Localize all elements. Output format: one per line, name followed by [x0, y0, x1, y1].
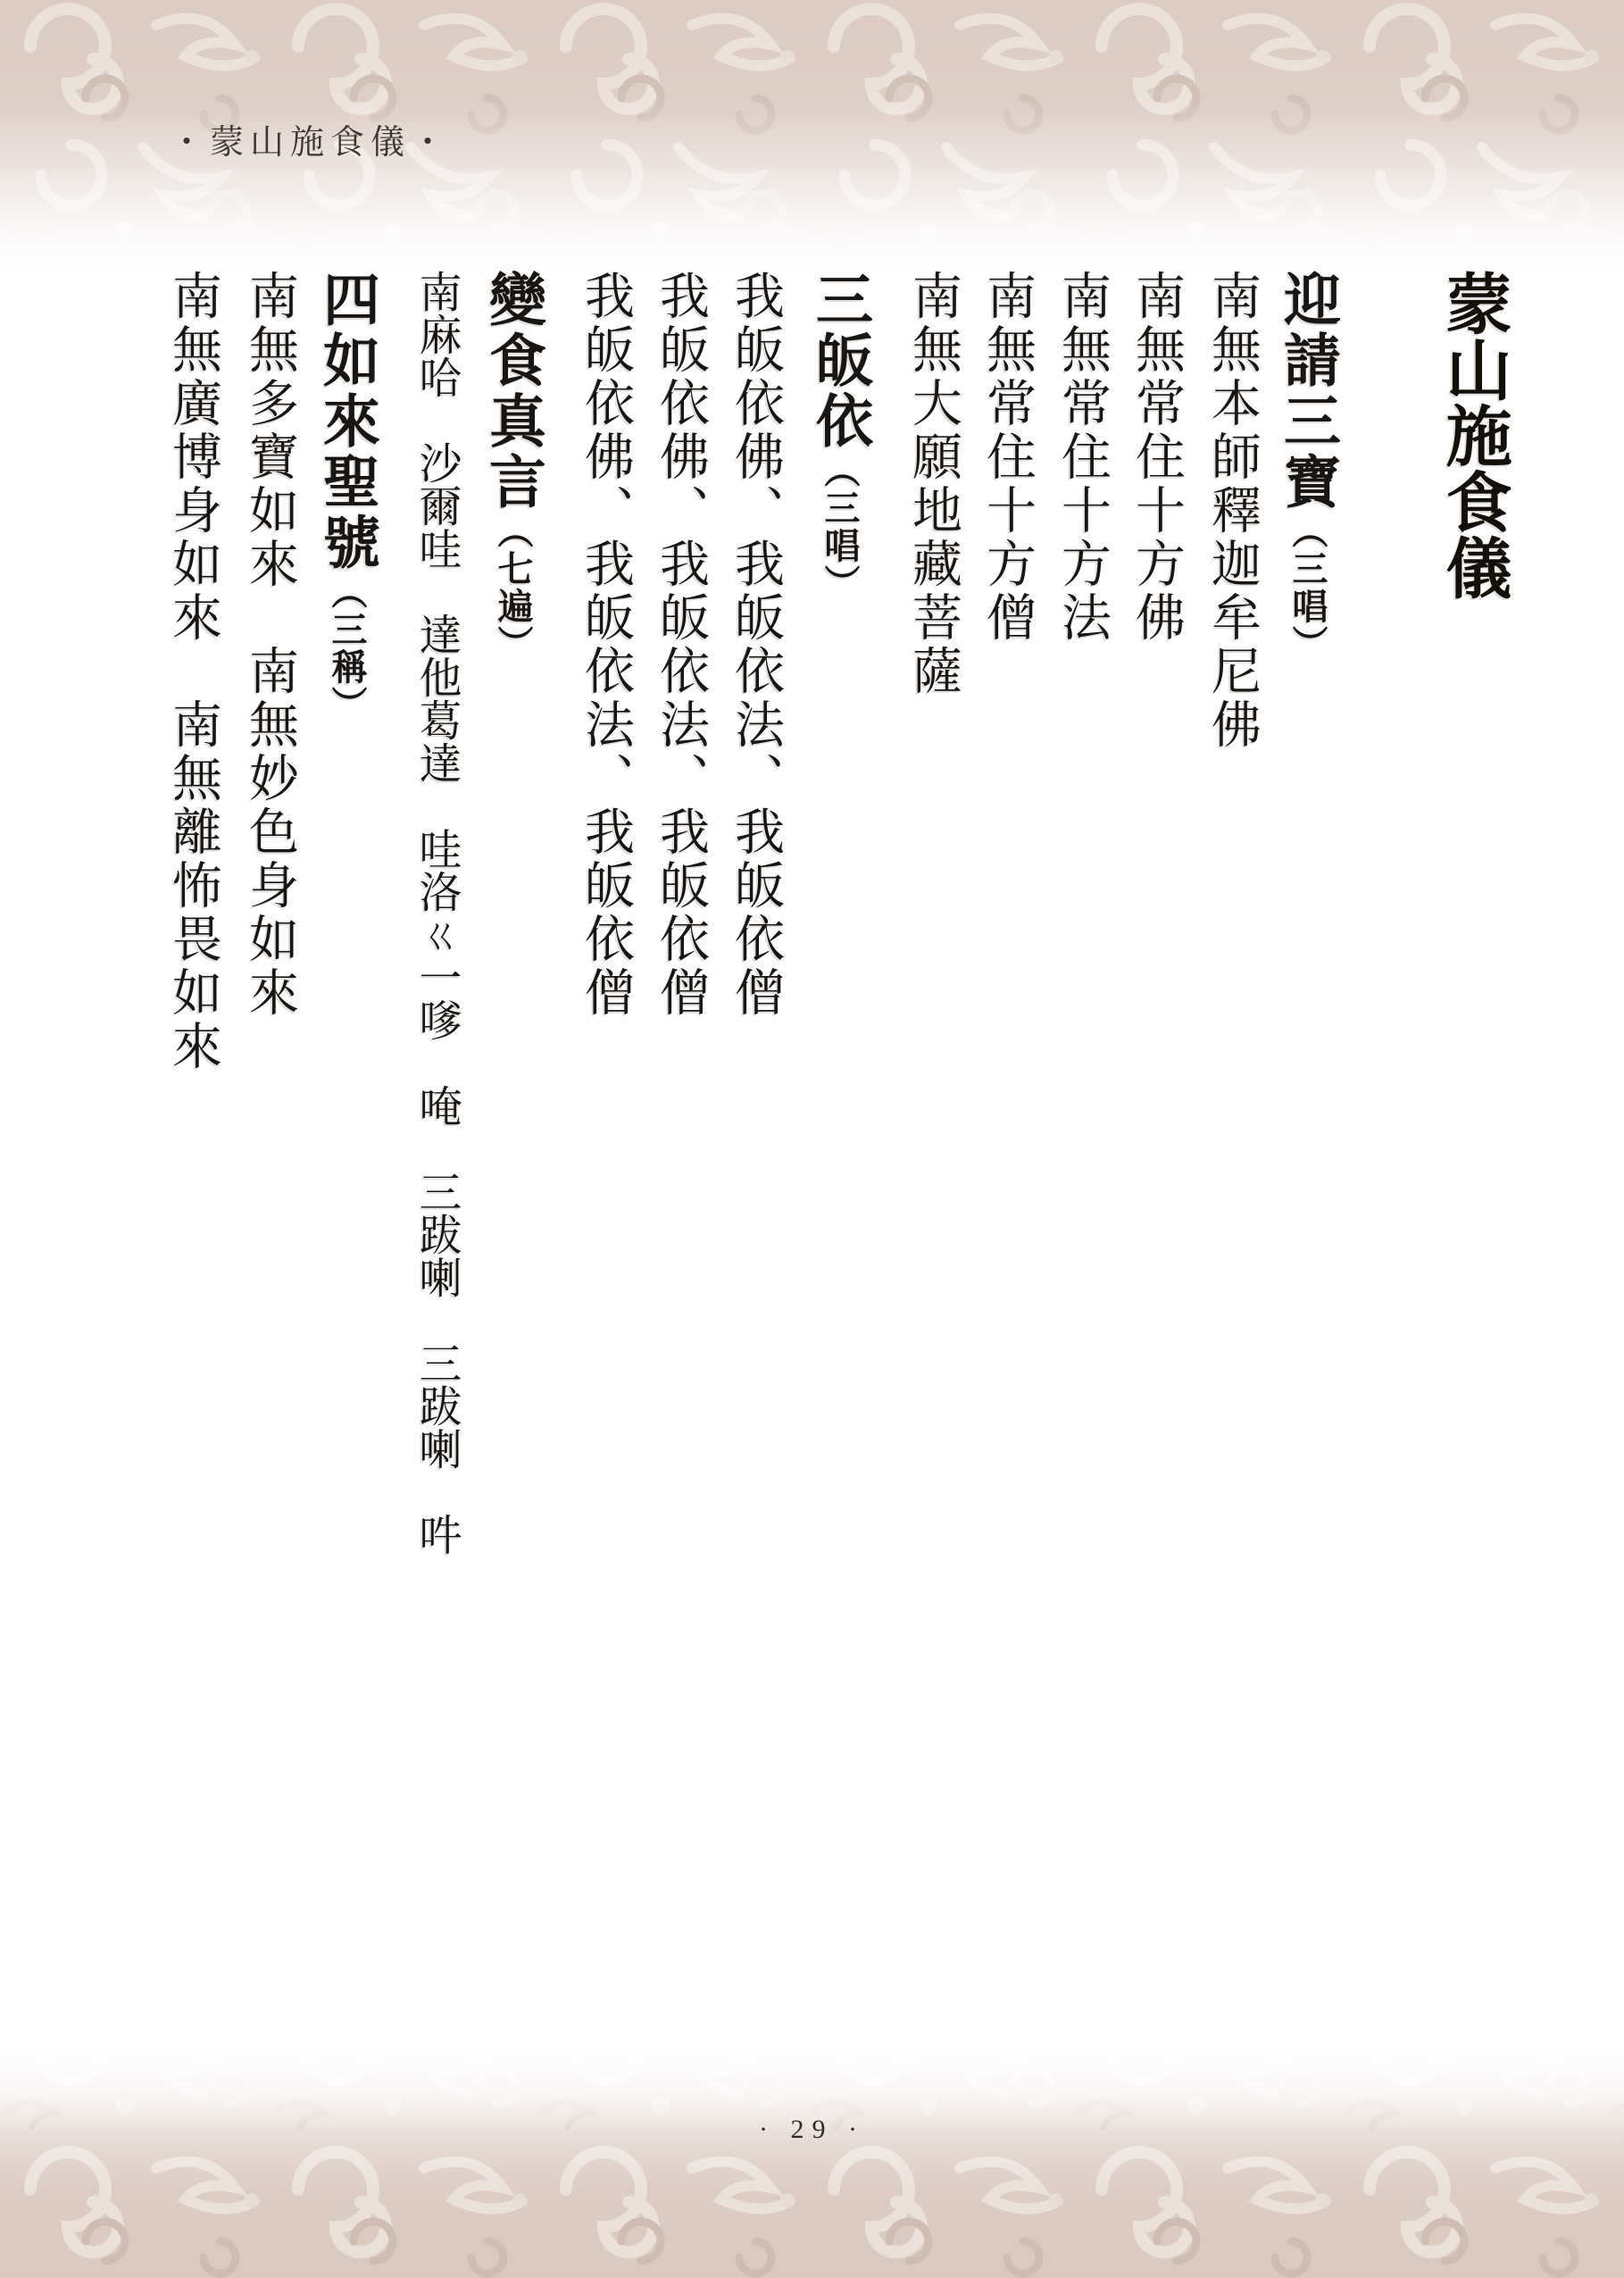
section-header-annotation: （七遍）	[493, 513, 533, 663]
section-header-text: 三皈依	[808, 270, 871, 452]
section-header-text: 變食真言	[481, 270, 545, 513]
section-header-annotation: （三唱）	[820, 452, 860, 602]
line-mantra-transliteration: 南麻哈 沙爾哇 達他葛達 哇洛ㄍ一嗲 唵 三跋喇 三跋喇 吽	[414, 270, 457, 1556]
line-four-tathagatas-1: 南無多寶如來 南無妙色身如來	[245, 270, 295, 1020]
line-namo-kshitigarbha-bodhisattva: 南無大願地藏菩薩	[908, 270, 958, 698]
page-title: 蒙山施食儀	[1440, 270, 1506, 600]
line-namo-ten-direction-buddhas: 南無常住十方佛	[1131, 270, 1181, 645]
section-header-food-transformation-mantra: 變食真言（七遍）	[484, 270, 541, 663]
book-page: ・蒙山施食儀・ 蒙山施食儀 迎請三寶（三唱） 南無本師釋迦牟尼佛 南無常住十方佛…	[0, 0, 1624, 2278]
line-three-refuges-3: 我皈依佛、我皈依法、我皈依僧	[580, 270, 630, 1020]
section-header-annotation: （三稱）	[327, 573, 367, 723]
line-three-refuges-1: 我皈依佛、我皈依法、我皈依僧	[730, 270, 780, 1020]
line-namo-ten-direction-sangha: 南無常住十方僧	[982, 270, 1032, 645]
section-header-four-tathagata-names: 四如來聖號（三稱）	[318, 270, 375, 723]
section-header-annotation: （三唱）	[1287, 513, 1328, 663]
line-four-tathagatas-2: 南無廣博身如來 南無離怖畏如來	[168, 270, 218, 1073]
line-three-refuges-2: 我皈依佛、我皈依法、我皈依僧	[655, 270, 705, 1020]
line-namo-shakyamuni-buddha: 南無本師釋迦牟尼佛	[1207, 270, 1257, 752]
section-header-inviting-three-jewels: 迎請三寶（三唱）	[1278, 270, 1336, 663]
section-header-text: 迎請三寶	[1276, 270, 1339, 513]
page-number: · 29 ·	[0, 2115, 1624, 2145]
line-namo-ten-direction-dharma: 南無常住十方法	[1057, 270, 1107, 645]
section-header-three-refuges: 三皈依（三唱）	[811, 270, 868, 602]
section-header-text: 四如來聖號	[315, 270, 379, 573]
running-header: ・蒙山施食儀・	[170, 114, 455, 163]
